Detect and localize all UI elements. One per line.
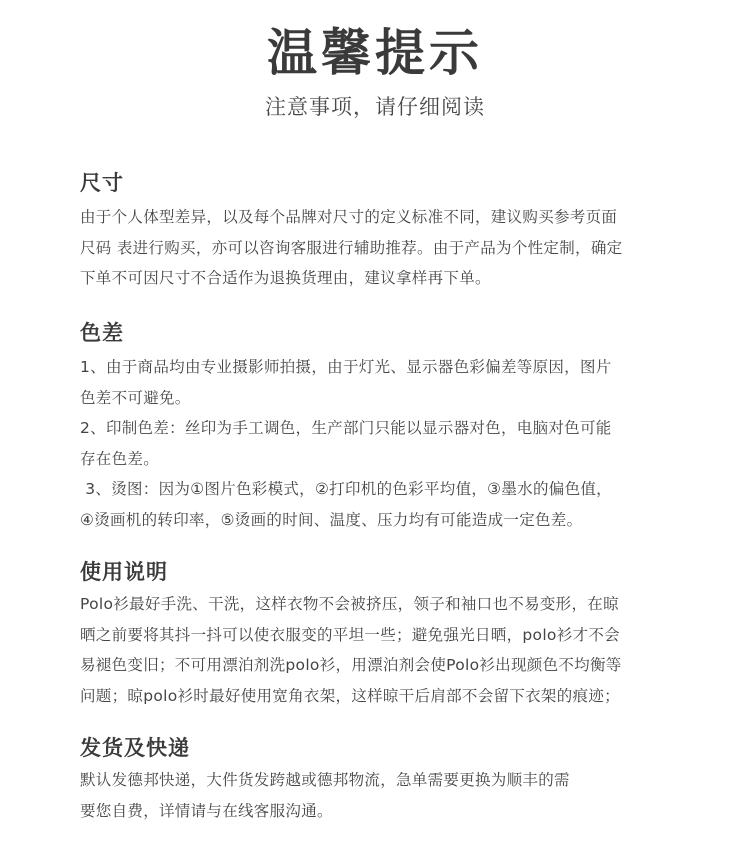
paragraph-line: 存在色差。 <box>80 444 680 475</box>
section-body-shipping: 默认发德邦快递，大件货发跨越或德邦物流，急单需要更换为顺丰的需 要您自费，详情请… <box>80 765 680 826</box>
paragraph-line: 易褪色变旧；不可用漂泊剂洗polo衫，用漂泊剂会使Polo衫出现颜色不均衡等 <box>80 650 680 681</box>
paragraph-line: 尺码 表进行购买，亦可以咨询客服进行辅助推荐。由于产品为个性定制，确定 <box>80 233 680 264</box>
section-body-size: 由于个人体型差异，以及每个品牌对尺寸的定义标准不同，建议购买参考页面 尺码 表进… <box>80 202 680 294</box>
section-heading-shipping: 发货及快递 <box>80 733 680 763</box>
paragraph-line: 下单不可因尺寸不合适作为退换货理由，建议拿样再下单。 <box>80 263 680 294</box>
paragraph-line: 3、烫图：因为①图片色彩模式，②打印机的色彩平均值，③墨水的偏色值， <box>80 474 680 505</box>
section-color-difference: 色差 1、由于商品均由专业摄影师拍摄，由于灯光、显示器色彩偏差等原因，图片 色差… <box>80 318 680 535</box>
paragraph-line: 晒之前要将其抖一抖可以使衣服变的平坦一些；避免强光日晒，polo衫才不会 <box>80 620 680 651</box>
section-usage-instructions: 使用说明 Polo衫最好手洗、干洗，这样衣物不会被挤压，领子和袖口也不易变形，在… <box>80 557 680 711</box>
section-body-usage-instructions: Polo衫最好手洗、干洗，这样衣物不会被挤压，领子和袖口也不易变形，在晾 晒之前… <box>80 589 680 711</box>
paragraph-line: 要您自费，详情请与在线客服沟通。 <box>80 796 680 827</box>
section-body-color-difference: 1、由于商品均由专业摄影师拍摄，由于灯光、显示器色彩偏差等原因，图片 色差不可避… <box>80 352 680 535</box>
paragraph-line: Polo衫最好手洗、干洗，这样衣物不会被挤压，领子和袖口也不易变形，在晾 <box>80 589 680 620</box>
section-size: 尺寸 由于个人体型差异，以及每个品牌对尺寸的定义标准不同，建议购买参考页面 尺码… <box>80 168 680 294</box>
paragraph-line: ④烫画机的转印率，⑤烫画的时间、温度、压力均有可能造成一定色差。 <box>80 505 680 536</box>
paragraph-line: 2、印制色差：丝印为手工调色，生产部门只能以显示器对色，电脑对色可能 <box>80 413 680 444</box>
paragraph-line: 1、由于商品均由专业摄影师拍摄，由于灯光、显示器色彩偏差等原因，图片 <box>80 352 680 383</box>
paragraph-line: 问题；晾polo衫时最好使用宽角衣架，这样晾干后肩部不会留下衣架的痕迹； <box>80 681 680 712</box>
page-subtitle: 注意事项，请仔细阅读 <box>0 92 750 122</box>
paragraph-line: 默认发德邦快递，大件货发跨越或德邦物流，急单需要更换为顺丰的需 <box>80 765 680 796</box>
section-heading-size: 尺寸 <box>80 168 680 198</box>
paragraph-line: 色差不可避免。 <box>80 383 680 414</box>
section-shipping: 发货及快递 默认发德邦快递，大件货发跨越或德邦物流，急单需要更换为顺丰的需 要您… <box>80 733 680 826</box>
paragraph-line: 由于个人体型差异，以及每个品牌对尺寸的定义标准不同，建议购买参考页面 <box>80 202 680 233</box>
section-heading-usage-instructions: 使用说明 <box>80 557 680 587</box>
section-heading-color-difference: 色差 <box>80 318 680 348</box>
page-title: 温馨提示 <box>0 22 750 84</box>
